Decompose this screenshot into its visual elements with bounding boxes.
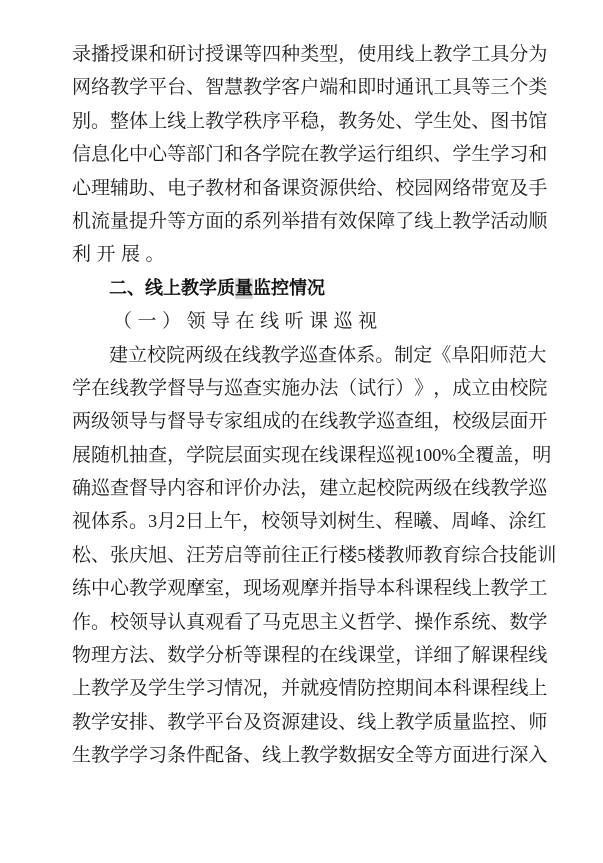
glyph: 、: [489, 505, 508, 538]
glyph: 法: [281, 472, 300, 505]
glyph: 、: [186, 71, 205, 104]
glyph: 户: [300, 71, 319, 104]
glyph: 、: [395, 105, 414, 138]
glyph: 本: [376, 572, 395, 605]
glyph: 深: [509, 739, 528, 772]
glyph: 教: [423, 539, 442, 572]
glyph: 正: [300, 539, 319, 572]
glyph: 、: [167, 539, 186, 572]
glyph: 件: [186, 739, 205, 772]
glyph: 往: [281, 539, 300, 572]
glyph: 上: [433, 205, 452, 238]
glyph: 方: [186, 205, 205, 238]
glyph: 慧: [224, 71, 243, 104]
glyph: 查: [395, 405, 414, 438]
glyph: 并: [319, 572, 338, 605]
glyph: （: [113, 305, 132, 338]
glyph: 巡: [224, 372, 243, 405]
glyph: 量: [452, 706, 471, 739]
glyph: 线: [110, 372, 129, 405]
glyph: 观: [205, 606, 224, 639]
glyph: 安: [110, 706, 129, 739]
glyph: 系: [452, 606, 471, 639]
glyph: 学: [414, 105, 433, 138]
glyph: 学: [509, 472, 528, 505]
glyph: 设: [319, 706, 338, 739]
glyph: 线: [471, 472, 490, 505]
glyph: 层: [224, 439, 243, 472]
glyph: 四: [262, 38, 281, 71]
glyph: 馆: [528, 105, 547, 138]
glyph: 机: [72, 205, 91, 238]
glyph: 型: [319, 38, 338, 71]
glyph: 施: [281, 372, 300, 405]
glyph: 校: [147, 339, 166, 372]
glyph: 播: [91, 38, 110, 71]
glyph: 立: [338, 472, 357, 505]
glyph: 学: [91, 706, 110, 739]
glyph: 级: [471, 405, 490, 438]
glyph: 院: [205, 439, 224, 472]
glyph: 三: [490, 71, 509, 104]
glyph: 汪: [186, 539, 205, 572]
glyph: 、: [375, 505, 394, 538]
glyph: 课: [309, 305, 328, 338]
glyph: 行: [376, 372, 395, 405]
glyph: 抽: [129, 439, 148, 472]
glyph: ，: [319, 105, 338, 138]
glyph: 查: [318, 339, 337, 372]
glyph: 体: [91, 505, 110, 538]
glyph: 线: [509, 672, 528, 705]
text-line: 视体系。3月2日上午，校领导刘树生、程曦、周峰、涂红: [72, 505, 537, 538]
glyph: 导: [211, 305, 230, 338]
glyph: 络: [452, 172, 471, 205]
glyph: 客: [281, 71, 300, 104]
glyph: 心: [72, 172, 91, 205]
glyph: 作: [433, 606, 452, 639]
glyph: ，: [167, 439, 186, 472]
glyph: 门: [205, 138, 224, 171]
heading-highlighted-char: 量: [235, 278, 253, 299]
glyph: ，: [242, 505, 261, 538]
glyph: （: [338, 372, 357, 405]
glyph: 成: [452, 372, 471, 405]
glyph: 起: [357, 472, 376, 505]
glyph: 配: [205, 739, 224, 772]
glyph: 线: [260, 305, 279, 338]
glyph: 教: [385, 539, 404, 572]
glyph: 图: [490, 105, 509, 138]
glyph: 导: [148, 606, 167, 639]
glyph: 学: [280, 339, 299, 372]
glyph: 在: [319, 639, 338, 672]
text-line: 作。校领导认真观看了马克思主义哲学、操作系统、数学: [72, 606, 537, 639]
glyph: 等: [243, 639, 262, 672]
glyph: 即: [357, 71, 376, 104]
glyph: 生: [167, 672, 186, 705]
glyph: 思: [300, 606, 319, 639]
glyph: 顺: [528, 205, 547, 238]
glyph: 在: [300, 405, 319, 438]
glyph: 领: [187, 305, 206, 338]
glyph: 细: [433, 639, 452, 672]
glyph: 院: [528, 372, 547, 405]
glyph: 学: [186, 639, 205, 672]
glyph: 工: [528, 572, 547, 605]
glyph: 网: [433, 172, 452, 205]
glyph: 、: [433, 138, 452, 171]
glyph: 上: [72, 672, 91, 705]
glyph: 了: [395, 205, 414, 238]
glyph: 供: [338, 172, 357, 205]
glyph: 教: [338, 405, 357, 438]
glyph: 等: [243, 539, 262, 572]
glyph: 书: [509, 105, 528, 138]
glyph: 导: [148, 472, 167, 505]
glyph: 办: [262, 472, 281, 505]
glyph: 控: [490, 706, 509, 739]
glyph: 导: [129, 405, 148, 438]
glyph: 、: [338, 706, 357, 739]
glyph: 录: [72, 38, 91, 71]
glyph: 学: [357, 405, 376, 438]
text-line: 松、张庆旭、汪芳启等前往正行楼5楼教师教育综合技能训: [72, 539, 537, 572]
glyph: 部: [186, 138, 205, 171]
glyph: 资: [300, 172, 319, 205]
paragraph-inspection-system: 建立校院两级在线教学巡查体系。制定《阜阳师范大学在线教学督导与巡查实施办法（试行…: [72, 339, 537, 773]
glyph: 学: [452, 38, 471, 71]
glyph: 类: [528, 71, 547, 104]
glyph: 通: [395, 71, 414, 104]
glyph: 中: [129, 138, 148, 171]
glyph: 阳: [470, 339, 489, 372]
glyph: 络: [91, 71, 110, 104]
glyph: 盖: [494, 439, 513, 472]
glyph: 线: [452, 572, 471, 605]
glyph: 体: [129, 105, 148, 138]
glyph: 院: [395, 472, 414, 505]
glyph: 和: [148, 38, 167, 71]
text-line: 别。整体上线上教学秩序平稳，教务处、学生处、图书馆: [72, 105, 537, 138]
glyph: 措: [300, 205, 319, 238]
glyph: 线: [319, 405, 338, 438]
glyph: 覆: [475, 439, 494, 472]
glyph: 师: [528, 706, 547, 739]
glyph: 作: [72, 606, 91, 639]
glyph: 级: [204, 339, 223, 372]
glyph: 线: [357, 706, 376, 739]
glyph: 视: [72, 505, 91, 538]
glyph: 务: [357, 105, 376, 138]
glyph: 习: [509, 138, 528, 171]
glyph: 个: [509, 71, 528, 104]
glyph: 实: [262, 372, 281, 405]
glyph: 源: [281, 706, 300, 739]
glyph: 等: [471, 71, 490, 104]
glyph: 材: [224, 172, 243, 205]
glyph: 建: [300, 706, 319, 739]
glyph: 摩: [300, 572, 319, 605]
glyph: 楼: [366, 539, 385, 572]
glyph: 和: [243, 172, 262, 205]
glyph: 本: [433, 672, 452, 705]
glyph: 学: [262, 138, 281, 171]
glyph: 质: [433, 706, 452, 739]
glyph: 及: [243, 706, 262, 739]
glyph: 校: [376, 472, 395, 505]
glyph: 。: [375, 339, 394, 372]
glyph: 开: [97, 238, 116, 271]
glyph: 校: [509, 372, 528, 405]
glyph: 理: [91, 172, 110, 205]
glyph: 升: [148, 205, 167, 238]
glyph: 、: [509, 706, 528, 739]
glyph: 为: [528, 38, 547, 71]
glyph: 的: [224, 205, 243, 238]
glyph: 、: [91, 539, 110, 572]
glyph: 全: [456, 439, 475, 472]
glyph: 阜: [451, 339, 470, 372]
glyph: 随: [91, 439, 110, 472]
glyph: 智: [205, 71, 224, 104]
glyph: 视: [395, 439, 414, 472]
glyph: 建: [319, 472, 338, 505]
glyph: 学: [338, 138, 357, 171]
glyph: 科: [395, 572, 414, 605]
glyph: 程: [490, 672, 509, 705]
glyph: 面: [509, 405, 528, 438]
glyph: 确: [72, 472, 91, 505]
glyph: 在: [223, 339, 242, 372]
glyph: 在: [300, 439, 319, 472]
glyph: 体: [337, 339, 356, 372]
glyph: 技: [499, 539, 518, 572]
glyph: 查: [148, 439, 167, 472]
heading-text-before: 二、线上教学质: [109, 278, 235, 299]
glyph: 具: [452, 71, 471, 104]
glyph: 进: [471, 739, 490, 772]
glyph: 方: [433, 739, 452, 772]
glyph: 学: [528, 606, 547, 639]
glyph: 视: [358, 305, 377, 338]
glyph: 巡: [334, 305, 353, 338]
glyph: 观: [281, 572, 300, 605]
glyph: ，: [224, 572, 243, 605]
glyph: 巡: [91, 472, 110, 505]
glyph: 内: [167, 472, 186, 505]
glyph: 中: [91, 572, 110, 605]
glyph: 控: [376, 672, 395, 705]
glyph: 刘: [318, 505, 337, 538]
glyph: 练: [72, 572, 91, 605]
glyph: 保: [357, 205, 376, 238]
glyph: 详: [414, 639, 433, 672]
glyph: 真: [186, 606, 205, 639]
glyph: 峰: [470, 505, 489, 538]
glyph: 学: [224, 105, 243, 138]
glyph: 防: [357, 672, 376, 705]
glyph: 领: [110, 405, 129, 438]
glyph: 观: [167, 572, 186, 605]
glyph: 学: [490, 138, 509, 171]
glyph: 育: [442, 539, 461, 572]
glyph: 生: [356, 505, 375, 538]
glyph: 教: [205, 172, 224, 205]
glyph: 有: [319, 205, 338, 238]
glyph: 用: [376, 38, 395, 71]
glyph: 具: [490, 38, 509, 71]
glyph: 课: [471, 672, 490, 705]
glyph: 程: [433, 572, 452, 605]
glyph: 学: [376, 606, 395, 639]
glyph: 平: [281, 105, 300, 138]
glyph: 上: [471, 572, 490, 605]
glyph: 、: [395, 606, 414, 639]
glyph: 学: [148, 372, 167, 405]
glyph: 机: [110, 439, 129, 472]
glyph: 立: [128, 339, 147, 372]
glyph: 线: [395, 38, 414, 71]
glyph: 讨: [186, 38, 205, 71]
glyph: 各: [243, 138, 262, 171]
glyph: 生: [471, 138, 490, 171]
glyph: 督: [167, 405, 186, 438]
glyph: 法: [319, 372, 338, 405]
glyph: 信: [72, 138, 91, 171]
glyph: 。: [129, 505, 148, 538]
glyph: 组: [243, 405, 262, 438]
glyph: 主: [319, 606, 338, 639]
glyph: 端: [319, 71, 338, 104]
glyph: 教: [129, 572, 148, 605]
glyph: 面: [205, 205, 224, 238]
glyph: 系: [356, 339, 375, 372]
glyph: 学: [186, 706, 205, 739]
glyph: 摩: [186, 572, 205, 605]
glyph: 生: [433, 105, 452, 138]
text-line: 两级领导与督导专家组成的在线教学巡查组，校级层面开: [72, 405, 537, 438]
glyph: 校: [395, 172, 414, 205]
glyph: 芳: [205, 539, 224, 572]
glyph: ）: [395, 372, 414, 405]
glyph: 校: [452, 405, 471, 438]
glyph: 带: [471, 172, 490, 205]
glyph: 讯: [414, 71, 433, 104]
glyph: 周: [451, 505, 470, 538]
glyph: 训: [537, 539, 556, 572]
glyph: 行: [376, 138, 395, 171]
glyph: 听: [285, 305, 304, 338]
glyph: 教: [167, 706, 186, 739]
glyph: 线: [338, 639, 357, 672]
glyph: 源: [319, 172, 338, 205]
glyph: 组: [395, 138, 414, 171]
glyph: 助: [129, 172, 148, 205]
text-line: 物理方法、数学分析等课程的在线课堂，详细了解课程线: [72, 639, 537, 672]
glyph: 排: [129, 706, 148, 739]
glyph: 学: [186, 672, 205, 705]
glyph: 场: [262, 572, 281, 605]
glyph: 教: [433, 38, 452, 71]
glyph: 课: [357, 639, 376, 672]
glyph: 巡: [528, 472, 547, 505]
glyph: 领: [280, 505, 299, 538]
glyph: 合: [480, 539, 499, 572]
text-line: 学在线教学督导与巡查实施办法（试行）》，成立由校院: [72, 372, 537, 405]
glyph: 树: [337, 505, 356, 538]
glyph: 、: [376, 172, 395, 205]
glyph: 备: [224, 739, 243, 772]
glyph: 上: [186, 105, 205, 138]
glyph: 巡: [376, 405, 395, 438]
glyph: ，: [433, 405, 452, 438]
glyph: 条: [167, 739, 186, 772]
glyph: 一: [138, 305, 157, 338]
glyph: 。: [91, 606, 110, 639]
glyph: 教: [72, 706, 91, 739]
glyph: 校: [110, 606, 129, 639]
glyph: 课: [490, 639, 509, 672]
glyph: 巡: [376, 439, 395, 472]
glyph: 3: [148, 505, 157, 538]
glyph: 校: [261, 505, 280, 538]
glyph: 指: [338, 572, 357, 605]
glyph: 习: [205, 672, 224, 705]
glyph: ）: [162, 305, 181, 338]
document-body: 录播授课和研讨授课等四种类型，使用线上教学工具分为网络教学平台、智慧教学客户端和…: [72, 38, 537, 773]
glyph: 工: [471, 38, 490, 71]
glyph: 教: [243, 71, 262, 104]
glyph: 使: [357, 38, 376, 71]
glyph: 、: [148, 172, 167, 205]
section-heading: 二、线上教学质量监控情况: [72, 272, 537, 305]
glyph: 日: [185, 505, 204, 538]
text-line: 教学安排、教学平台及资源建设、线上教学质量监控、师: [72, 706, 537, 739]
glyph: 教: [205, 105, 224, 138]
glyph: 台: [167, 71, 186, 104]
glyph: 院: [281, 138, 300, 171]
glyph: 与: [205, 372, 224, 405]
glyph: 统: [471, 606, 490, 639]
glyph: 克: [281, 606, 300, 639]
glyph: 等: [167, 205, 186, 238]
glyph: 价: [243, 472, 262, 505]
glyph: 授: [110, 38, 129, 71]
glyph: 台: [224, 706, 243, 739]
glyph: 数: [167, 639, 186, 672]
glyph: 室: [205, 572, 224, 605]
glyph: 定: [413, 339, 432, 372]
glyph: 课: [262, 639, 281, 672]
glyph: 学: [110, 739, 129, 772]
glyph: 在: [91, 372, 110, 405]
glyph: 整: [110, 105, 129, 138]
glyph: 操: [414, 606, 433, 639]
glyph: 教: [490, 572, 509, 605]
glyph: 心: [148, 138, 167, 171]
glyph: 利: [72, 238, 91, 271]
glyph: 入: [528, 739, 547, 772]
text-line: 生教学学习条件配备、线上教学数据安全等方面进行深入: [72, 739, 537, 772]
glyph: 、: [471, 105, 490, 138]
glyph: 》: [414, 372, 433, 405]
glyph: 两: [72, 405, 91, 438]
glyph: 课: [224, 38, 243, 71]
glyph: 立: [471, 372, 490, 405]
glyph: 课: [281, 172, 300, 205]
glyph: 查: [243, 372, 262, 405]
